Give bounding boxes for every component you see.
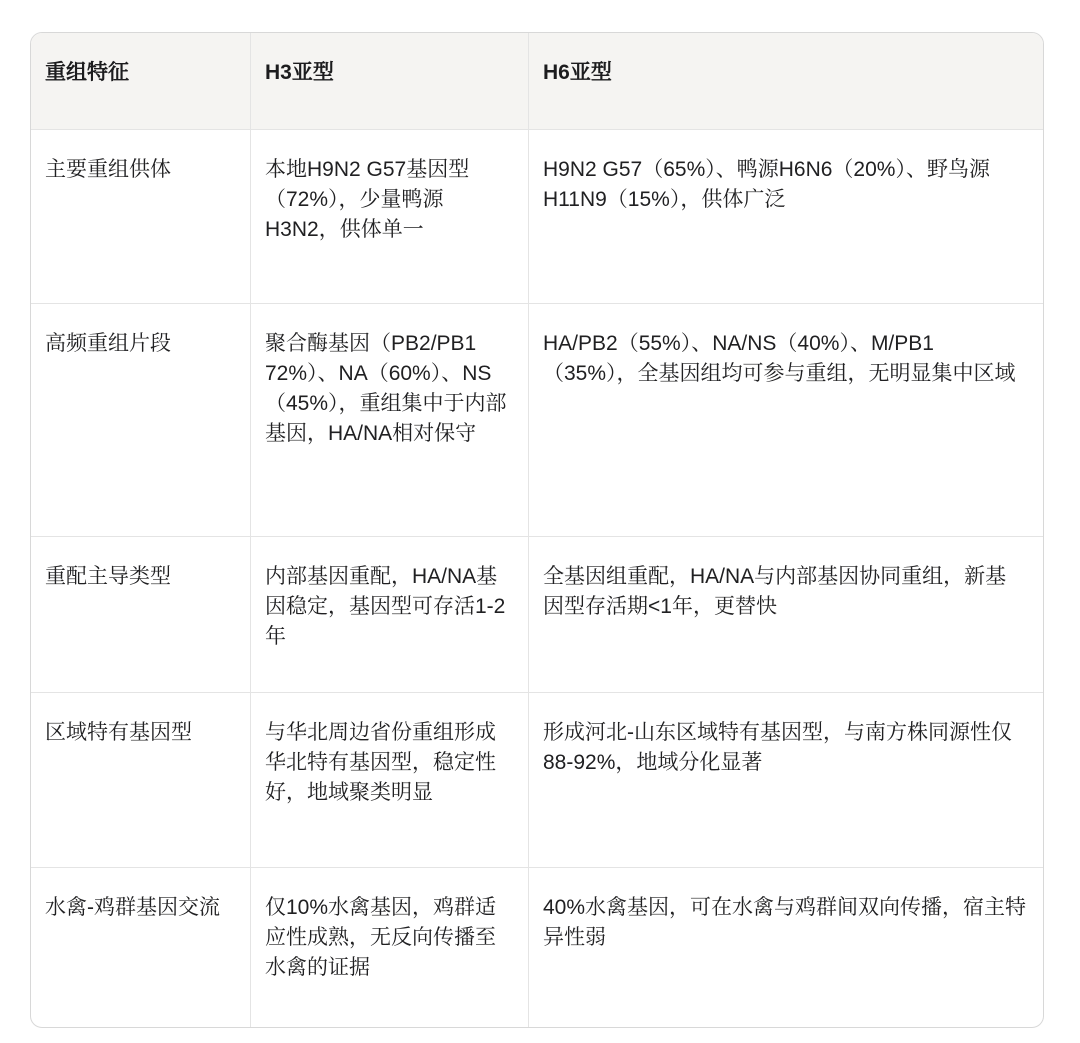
row-feature-label: 水禽-鸡群基因交流 (31, 868, 251, 1027)
row-feature-label: 主要重组供体 (31, 130, 251, 303)
row-feature-label: 区域特有基因型 (31, 693, 251, 867)
table-row: 重配主导类型 内部基因重配，HA/NA基因稳定，基因型可存活1-2年 全基因组重… (31, 537, 1043, 693)
table-row: 高频重组片段 聚合酶基因（PB2/PB1 72%）、NA（60%）、NS（45%… (31, 304, 1043, 537)
row-h6-value: H9N2 G57（65%）、鸭源H6N6（20%）、野鸟源H11N9（15%），… (529, 130, 1043, 303)
row-feature-label: 重配主导类型 (31, 537, 251, 692)
table-row: 区域特有基因型 与华北周边省份重组形成华北特有基因型，稳定性好，地域聚类明显 形… (31, 693, 1043, 868)
row-h3-value: 本地H9N2 G57基因型（72%），少量鸭源H3N2，供体单一 (251, 130, 529, 303)
row-h3-value: 仅10%水禽基因，鸡群适应性成熟，无反向传播至水禽的证据 (251, 868, 529, 1027)
column-header-h6: H6亚型 (529, 33, 1043, 129)
row-h3-value: 聚合酶基因（PB2/PB1 72%）、NA（60%）、NS（45%），重组集中于… (251, 304, 529, 536)
table-header-row: 重组特征 H3亚型 H6亚型 (31, 33, 1043, 130)
table-row: 水禽-鸡群基因交流 仅10%水禽基因，鸡群适应性成熟，无反向传播至水禽的证据 4… (31, 868, 1043, 1027)
column-header-h3: H3亚型 (251, 33, 529, 129)
row-feature-label: 高频重组片段 (31, 304, 251, 536)
page-background: 重组特征 H3亚型 H6亚型 主要重组供体 本地H9N2 G57基因型（72%）… (0, 0, 1080, 1043)
row-h6-value: 全基因组重配，HA/NA与内部基因协同重组，新基因型存活期<1年，更替快 (529, 537, 1043, 692)
row-h3-value: 与华北周边省份重组形成华北特有基因型，稳定性好，地域聚类明显 (251, 693, 529, 867)
table-row: 主要重组供体 本地H9N2 G57基因型（72%），少量鸭源H3N2，供体单一 … (31, 130, 1043, 304)
comparison-table: 重组特征 H3亚型 H6亚型 主要重组供体 本地H9N2 G57基因型（72%）… (30, 32, 1044, 1028)
column-header-feature: 重组特征 (31, 33, 251, 129)
row-h6-value: 形成河北-山东区域特有基因型，与南方株同源性仅88-92%，地域分化显著 (529, 693, 1043, 867)
row-h3-value: 内部基因重配，HA/NA基因稳定，基因型可存活1-2年 (251, 537, 529, 692)
row-h6-value: 40%水禽基因，可在水禽与鸡群间双向传播，宿主特异性弱 (529, 868, 1043, 1027)
row-h6-value: HA/PB2（55%）、NA/NS（40%）、M/PB1（35%），全基因组均可… (529, 304, 1043, 536)
